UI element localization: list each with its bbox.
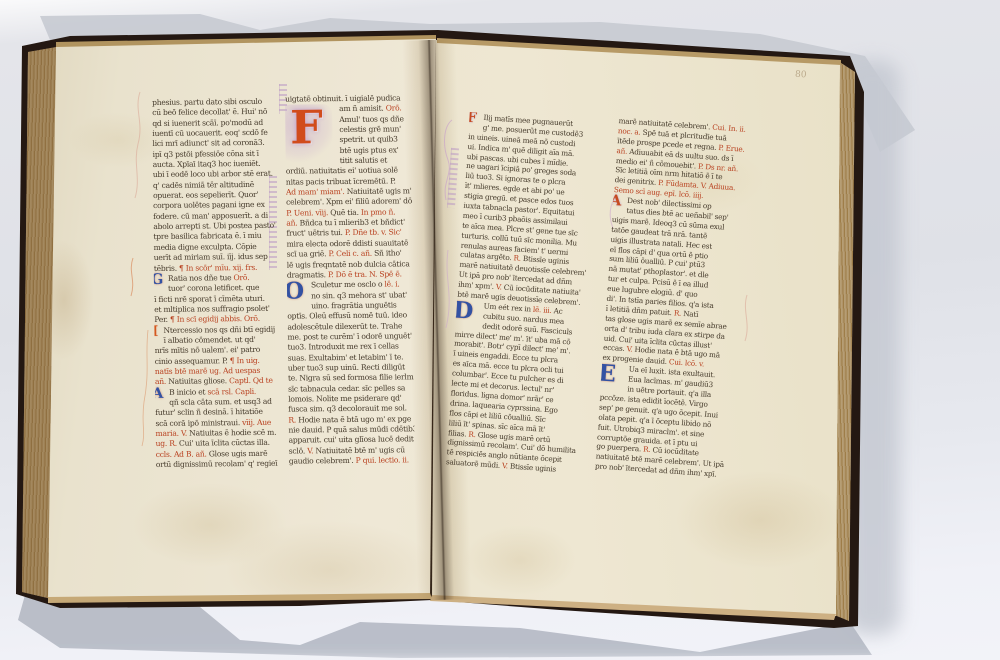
body-text: no sin. q3 mehora st' ubat' [311, 290, 407, 300]
left-page-text-block: phesius. partu dato sibi osculocū beō fe… [152, 93, 436, 478]
body-text: sīc tabnacula cedar. sīc pelles sa [288, 383, 405, 393]
body-text: ī ficti nrē sporat ī cīmēta uturi. [154, 293, 265, 303]
rubric-text: ¶ In scōr' mīu. xij. frs. [179, 262, 257, 272]
rubric-text: ccls. Ad B. añ. [156, 449, 209, 459]
right-page-column-1: FIlij matīs mee pugnauerūtg' me. posuerū… [445, 112, 599, 484]
body-text: corpora uolētes pagani igne ex [153, 200, 265, 210]
body-text: Natiuitatē ugis m' [347, 186, 412, 196]
rubric-text: lē. iii. [533, 305, 554, 315]
body-text: abolo arrepti st. Ubi postea pasto' [153, 221, 275, 231]
body-text: titit salutis et [340, 156, 388, 165]
body-text: sclō. [289, 446, 308, 455]
body-text: am ñ amisit. [339, 104, 386, 113]
body-text: nie dauid. P quā salus mūdi cdētib3 [288, 424, 414, 434]
body-text: btē ugis ptus ex' [340, 145, 399, 155]
body-text: aucta. Xpīaī itaq3 hoc iueniēt. [153, 159, 261, 169]
body-text: Hodie nata ē btā ugo m' ex pge [298, 414, 411, 424]
body-text: lē ugis freqntatē nob dulcia cātica [287, 259, 410, 269]
left-page-column-1: phesius. partu dato sibi osculocū beō fe… [152, 97, 278, 476]
body-text: ordiū. natiuitatis ei' uotiua solē [286, 166, 398, 176]
body-text: opuerat. eos sepelierīt. Quor' [153, 190, 258, 200]
body-text: celebrem'. Xpm ei' filiū adorem' dō. [286, 197, 414, 207]
body-text: suas. Exultabim' et letabim' ī te. [288, 352, 404, 362]
body-text: Bñdca tu ī mlierib3 et bñdict' [300, 217, 405, 227]
body-text: uino. fragrātia unguētis [311, 300, 396, 310]
body-text: gaudio celebrem'. [289, 456, 356, 466]
rubric-text: ¶ In uig. [230, 355, 260, 364]
folio-number: 80 [795, 70, 807, 81]
rubric-text: añ. [286, 219, 299, 228]
rubric-text: scā rsl. Capli. [207, 387, 256, 397]
body-text: qñ scla cāta sum. et usq3 ad [169, 397, 272, 407]
body-text: ortū dignissimū recolam' q' regieī [156, 459, 278, 469]
rubric-text: lē. i. [384, 280, 399, 289]
rubric-text: ¶ In scī egidij abbis. Orō. [170, 314, 260, 324]
rubric-text: In pmo ñ. [361, 207, 395, 216]
body-text: Sculetur me osclo o [311, 280, 385, 290]
manuscript-photograph: phesius. partu dato sibi osculocū beō fe… [0, 0, 1000, 660]
rubric-text: P. Dñe tb. v. Sic' [345, 228, 402, 238]
body-text: Glose ugis marē [209, 449, 268, 459]
body-text: ī albatio cōmendet. ut qd' [164, 335, 256, 345]
rubric-text: P. Celi c. añ. [328, 249, 374, 258]
body-text: optīs. Oleū effusū nomē tuū. ideo [287, 311, 407, 321]
rubric-text: ug. R. [156, 439, 179, 448]
body-text: nitas pacis tribuat īcremētū. P. [286, 176, 396, 186]
body-text: filias. [448, 428, 469, 438]
body-text: et mltiplica nos suffragio psolet' [154, 304, 270, 314]
text-line: gaudio celebrem'. P qui. lectio. ii. [289, 455, 415, 467]
right-page-text-block: FIlij matīs mee pugnauerūtg' me. posuerū… [445, 110, 769, 500]
body-text: eccas. [603, 343, 627, 354]
rubric-text: P qui. lectio. ii. [356, 455, 409, 465]
body-text: futur' sclin ñ desinā. ī hitatiōe [155, 407, 262, 417]
body-text: scā corā ipō ministraui. [155, 418, 242, 428]
body-text: spetrit. ut quib3 [339, 135, 397, 145]
body-text: Natī [683, 309, 699, 319]
body-text: uerīt ad miriam suī. iīj. idus sep [154, 252, 268, 262]
rubric-text: añ. [616, 146, 629, 156]
body-text: phesius. partu dato sibi osculo [152, 97, 262, 107]
rubric-text: V. [307, 446, 315, 455]
body-text: Amul' tuos qs dñe [339, 114, 404, 124]
body-text: uber tuo3 sup uinū. Recti diligūt [288, 362, 405, 372]
body-text: Cui' uita īclita cūctas illa. [179, 438, 270, 448]
body-text: cū beō felice decollat' ē. Hui' nō [152, 107, 267, 117]
body-text: me. post te curēm' ī odorē unguēt' [287, 331, 411, 341]
rubric-text: noc. a. [618, 126, 643, 137]
body-text: qd si iuenerit scāī. po'modū ad [152, 118, 263, 128]
body-text: cinio assequamur. P. [155, 356, 230, 366]
rubric-text: vīij. Aue [242, 417, 271, 426]
body-text: tpre basilica fabricata ē. ī miu [153, 231, 261, 241]
body-text: scī ua griē. [287, 249, 329, 258]
body-text: lici mrī adiunct' sit ad coronā3. [152, 138, 264, 148]
body-text: ubi ī eodē loco ubi arbor stē erat. [153, 169, 273, 179]
rubric-text: natīs btē marē ug. Ad uespas [155, 366, 260, 376]
text-line: ortū dignissimū recolam' q' regieī [156, 459, 278, 471]
body-text: B inicio et [169, 387, 207, 396]
rubric-text: Orō. [386, 104, 402, 113]
body-text: ipī q3 pstōi pfessiōe cōna sit ī [153, 149, 259, 159]
left-page-column-2: uigtatē obtinuit. ī uigialē pudicaFam ñ … [285, 93, 415, 472]
body-text: iuentī cū uocauerit. eoq' scdō fe [152, 128, 267, 138]
rubric-text: P. Dō ē tra. N. Spē ē. [328, 269, 402, 279]
body-text: mira electa odorē ddisti suauitatē [287, 238, 409, 248]
rubric-text: R. [288, 415, 298, 424]
rubric-text: Ad mam' miam'. [286, 187, 347, 197]
body-text: tuo3. Introduxit me rex ī cellas [288, 342, 399, 352]
rubric-text: maria. V. [155, 429, 189, 438]
body-text: Ntercessio nos qs dñi btī egidij [163, 324, 275, 334]
rubric-text: P. Ueni. vīij. [286, 208, 330, 217]
body-text: Ratia nos dñe tue [168, 273, 234, 283]
body-text: nrīs mītis nō ualem'. ei' patro [155, 345, 260, 355]
body-text: Sñ itho' [374, 249, 402, 258]
rubric-text: Orō. [233, 273, 249, 282]
body-text: Ac [553, 306, 562, 316]
body-text: lomois. Nolite me psiderare qd' [288, 393, 401, 403]
body-text: Btissīe uginis [510, 462, 557, 474]
body-text: Quē tia. [330, 208, 361, 217]
rubric-text: Captl. Qd te [229, 376, 273, 385]
body-text: tuor' corona letificet. que [168, 283, 259, 293]
body-text: Natiuitatē btē m' ugis cū [315, 445, 405, 455]
body-text: te. Nigra sū sed formosa filie ierlm. [288, 373, 415, 383]
body-text: adolescētule dilexerūt te. Trahe [287, 321, 402, 331]
body-text: celestis grē mun' [339, 124, 401, 134]
body-text: apparuit. cui' uita glīosa lucē dedit [289, 435, 414, 445]
body-text: fodere. cū man' apposuerīt. a di [153, 211, 268, 221]
body-text: fusca sim. q3 decolorauit me sol. [288, 404, 407, 414]
right-page-column-2: marē natiuitatē celebrem'. Cui. In. ii.n… [594, 116, 749, 488]
body-text: Natiuitas ē hodie scē m. [189, 428, 276, 438]
body-text: fruct' uētris tui. [286, 228, 344, 238]
body-text: Natiuitas gliose. [168, 376, 229, 386]
body-text: q' cadēs nimiā tēr altitudinē [153, 180, 254, 190]
body-text: media digne exculpta. Cōpie [154, 242, 257, 252]
